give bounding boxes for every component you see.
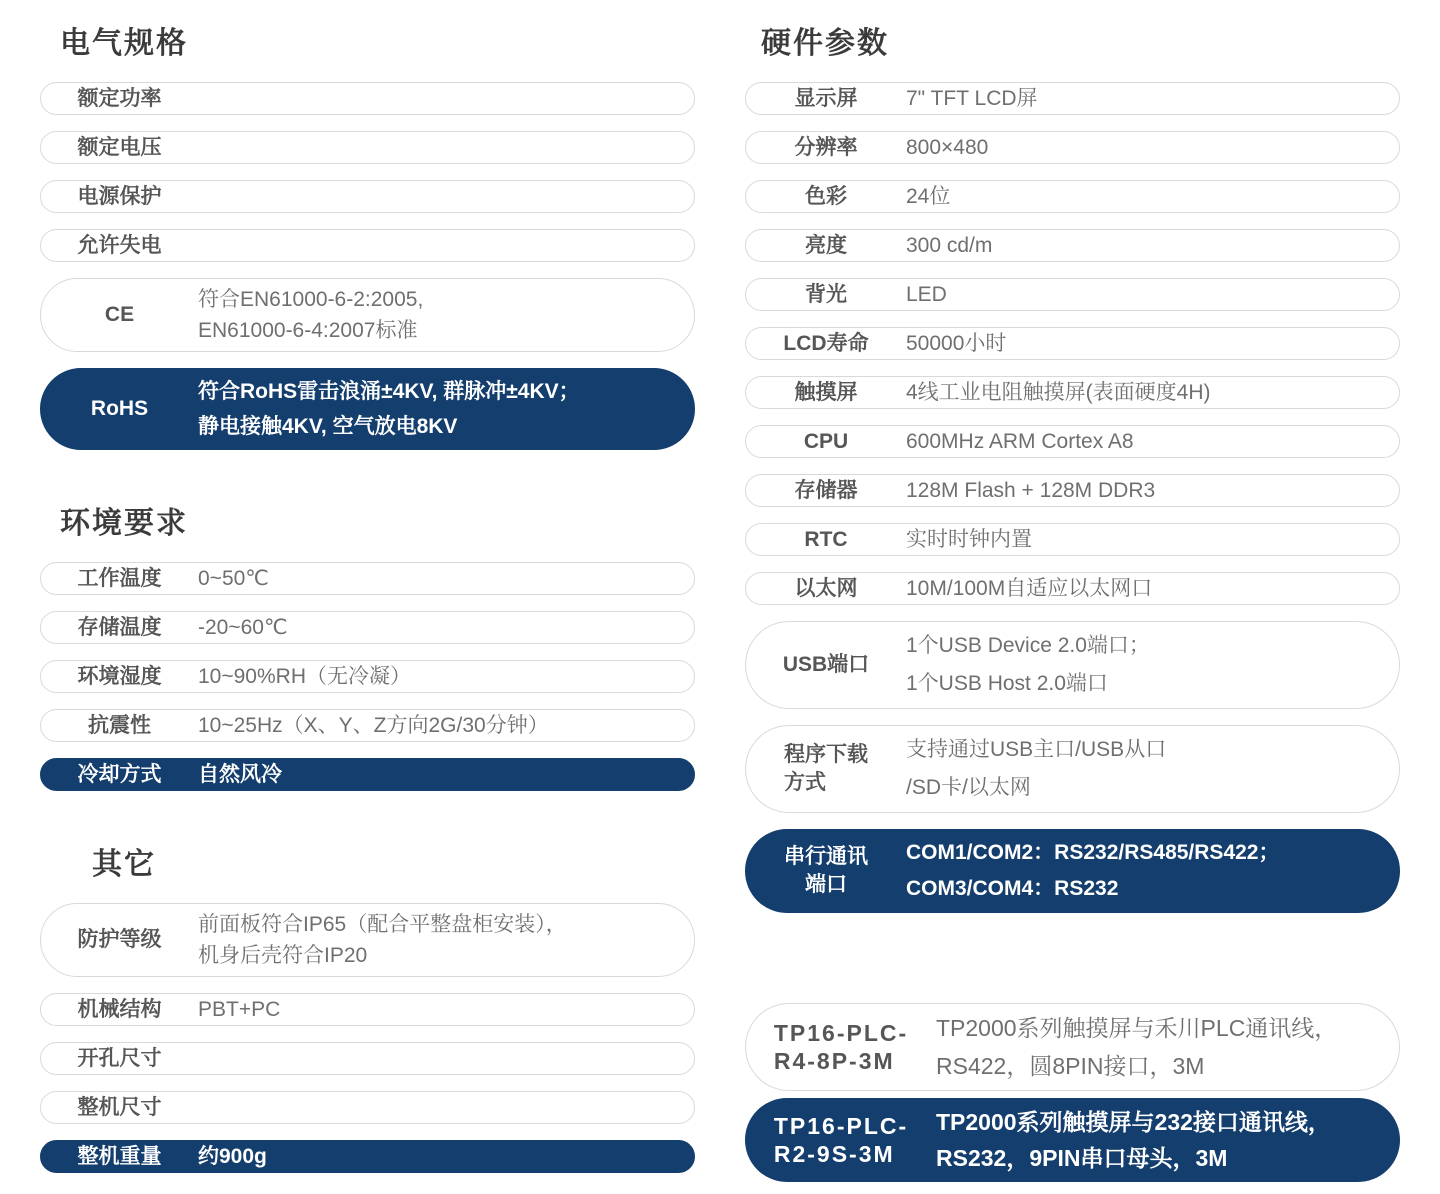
spec-row-label: TP16-PLC-R4-8P-3M — [746, 1019, 936, 1075]
spec-row-label: 工作温度 — [41, 565, 198, 592]
spec-row-value: 10M/100M自适应以太网口 — [906, 574, 1399, 603]
spec-row: 亮度300 cd/m — [745, 229, 1400, 262]
spec-row-label: USB端口 — [746, 651, 906, 679]
spec-row: 额定电压 — [40, 131, 695, 164]
spec-row-label: 显示屏 — [746, 85, 906, 112]
column-right: 硬件参数显示屏7" TFT LCD屏分辨率800×480色彩24位亮度300 c… — [745, 26, 1400, 1194]
spec-row: 开孔尺寸 — [40, 1042, 695, 1075]
spec-row-value: 10~25Hz（X、Y、Z方向2G/30分钟） — [198, 711, 694, 740]
section-electrical: 电气规格额定功率额定电压电源保护允许失电CE符合EN61000-6-2:2005… — [40, 26, 695, 450]
spec-row-value: 1个USB Device 2.0端口；1个USB Host 2.0端口 — [906, 627, 1399, 703]
spec-row: TP16-PLC-R2-9S-3MTP2000系列触摸屏与232接口通讯线，RS… — [745, 1098, 1400, 1182]
spec-row-value: -20~60℃ — [198, 613, 694, 642]
spec-row: USB端口1个USB Device 2.0端口；1个USB Host 2.0端口 — [745, 621, 1400, 709]
section-environment: 环境要求工作温度0~50℃存储温度-20~60℃环境湿度10~90%RH（无冷凝… — [40, 506, 695, 791]
spec-row-value: 支持通过USB主口/USB从口/SD卡/以太网 — [906, 731, 1399, 807]
spec-row-value: 前面板符合IP65（配合平整盘柜安装），机身后壳符合IP20 — [198, 909, 694, 971]
spec-row-value: 符合EN61000-6-2:2005,EN61000-6-4:2007标准 — [198, 284, 694, 346]
spec-row-value: 符合RoHS雷击浪涌±4KV, 群脉冲±4KV；静电接触4KV, 空气放电8KV — [198, 374, 694, 444]
section-title-other: 其它 — [92, 847, 695, 883]
spec-row-label: RTC — [746, 526, 906, 553]
spec-row-value: 7" TFT LCD屏 — [906, 84, 1399, 113]
spec-row-label: 色彩 — [746, 183, 906, 210]
spec-row-label: 整机尺寸 — [41, 1094, 198, 1121]
spec-row: 存储温度-20~60℃ — [40, 611, 695, 644]
spec-row: 显示屏7" TFT LCD屏 — [745, 82, 1400, 115]
spec-row: 背光LED — [745, 278, 1400, 311]
section-title-electrical: 电气规格 — [60, 26, 695, 62]
spec-row-label: 背光 — [746, 281, 906, 308]
spec-row: 以太网10M/100M自适应以太网口 — [745, 572, 1400, 605]
spec-row-value: 约900g — [198, 1142, 694, 1171]
spec-row: RTC实时时钟内置 — [745, 523, 1400, 556]
spec-row: LCD寿命50000小时 — [745, 327, 1400, 360]
spec-row-label: 防护等级 — [41, 926, 198, 954]
spec-row-value: 实时时钟内置 — [906, 525, 1399, 554]
section-title-hardware: 硬件参数 — [761, 26, 1400, 62]
spec-row-value: 128M Flash + 128M DDR3 — [906, 476, 1399, 505]
spec-row-label: 电源保护 — [41, 183, 198, 210]
spec-row-label: 机械结构 — [41, 996, 198, 1023]
spec-row: 冷却方式自然风冷 — [40, 758, 695, 791]
spec-row-label: 允许失电 — [41, 232, 198, 259]
spec-row: 串行通讯端口COM1/COM2：RS232/RS485/RS422；COM3/C… — [745, 829, 1400, 913]
spec-row: 整机尺寸 — [40, 1091, 695, 1124]
spec-row-label: 额定电压 — [41, 134, 198, 161]
spec-row: 环境湿度10~90%RH（无冷凝） — [40, 660, 695, 693]
spec-sheet: 电气规格额定功率额定电压电源保护允许失电CE符合EN61000-6-2:2005… — [0, 0, 1440, 1194]
spec-row: CE符合EN61000-6-2:2005,EN61000-6-4:2007标准 — [40, 278, 695, 352]
spec-row-label: 串行通讯端口 — [746, 843, 906, 899]
spec-row-label: 分辨率 — [746, 134, 906, 161]
spec-row-label: LCD寿命 — [746, 330, 906, 357]
spec-row-label: 环境湿度 — [41, 663, 198, 690]
spec-row: 电源保护 — [40, 180, 695, 213]
spec-row-label: 程序下载方式 — [746, 741, 906, 797]
spec-row-value: 自然风冷 — [198, 760, 694, 789]
spec-row: RoHS符合RoHS雷击浪涌±4KV, 群脉冲±4KV；静电接触4KV, 空气放… — [40, 368, 695, 450]
spec-row: 防护等级前面板符合IP65（配合平整盘柜安装），机身后壳符合IP20 — [40, 903, 695, 977]
spec-row-value: 0~50℃ — [198, 564, 694, 593]
spec-row: 分辨率800×480 — [745, 131, 1400, 164]
spec-row-label: CE — [41, 301, 198, 329]
section-hardware: 硬件参数显示屏7" TFT LCD屏分辨率800×480色彩24位亮度300 c… — [745, 26, 1400, 913]
spec-row: CPU600MHz ARM Cortex A8 — [745, 425, 1400, 458]
spec-row-value: TP2000系列触摸屏与232接口通讯线，RS232，9PIN串口母头，3M — [936, 1104, 1399, 1176]
spec-row: 存储器128M Flash + 128M DDR3 — [745, 474, 1400, 507]
spec-row-value: 600MHz ARM Cortex A8 — [906, 427, 1399, 456]
spec-row-value: COM1/COM2：RS232/RS485/RS422；COM3/COM4：RS… — [906, 835, 1399, 907]
spec-row-value: LED — [906, 280, 1399, 309]
spec-row: 触摸屏4线工业电阻触摸屏(表面硬度4H) — [745, 376, 1400, 409]
spec-row-value: 50000小时 — [906, 329, 1399, 358]
section-cables: TP16-PLC-R4-8P-3MTP2000系列触摸屏与禾川PLC通讯线，RS… — [745, 1003, 1400, 1182]
spec-row-value: 10~90%RH（无冷凝） — [198, 662, 694, 691]
spec-row-label: RoHS — [41, 395, 198, 423]
spec-row-value: 4线工业电阻触摸屏(表面硬度4H) — [906, 378, 1399, 407]
spec-row-label: 触摸屏 — [746, 379, 906, 406]
spec-row-label: 冷却方式 — [41, 761, 198, 788]
spec-row-value: 24位 — [906, 182, 1399, 211]
spec-row-value: PBT+PC — [198, 995, 694, 1024]
spec-row: 程序下载方式支持通过USB主口/USB从口/SD卡/以太网 — [745, 725, 1400, 813]
section-title-environment: 环境要求 — [60, 506, 695, 542]
spec-row: 机械结构PBT+PC — [40, 993, 695, 1026]
column-left: 电气规格额定功率额定电压电源保护允许失电CE符合EN61000-6-2:2005… — [40, 26, 695, 1194]
spec-row-value: TP2000系列触摸屏与禾川PLC通讯线，RS422，圆8PIN接口，3M — [936, 1009, 1399, 1085]
spec-row-label: 抗震性 — [41, 712, 198, 739]
spec-row: 允许失电 — [40, 229, 695, 262]
spec-row-label: 额定功率 — [41, 85, 198, 112]
spec-row-label: CPU — [746, 428, 906, 455]
spec-row-value: 800×480 — [906, 133, 1399, 162]
spec-row: 抗震性10~25Hz（X、Y、Z方向2G/30分钟） — [40, 709, 695, 742]
spec-row: 整机重量约900g — [40, 1140, 695, 1173]
spec-row: 工作温度0~50℃ — [40, 562, 695, 595]
section-other: 其它防护等级前面板符合IP65（配合平整盘柜安装），机身后壳符合IP20机械结构… — [40, 847, 695, 1173]
spec-row-label: 以太网 — [746, 575, 906, 602]
spec-row-label: 亮度 — [746, 232, 906, 259]
spec-row: 色彩24位 — [745, 180, 1400, 213]
spec-row: TP16-PLC-R4-8P-3MTP2000系列触摸屏与禾川PLC通讯线，RS… — [745, 1003, 1400, 1091]
spec-row: 额定功率 — [40, 82, 695, 115]
spec-row-value: 300 cd/m — [906, 231, 1399, 260]
spec-row-label: 整机重量 — [41, 1143, 198, 1170]
spec-row-label: TP16-PLC-R2-9S-3M — [746, 1112, 936, 1168]
spec-row-label: 存储温度 — [41, 614, 198, 641]
spec-row-label: 存储器 — [746, 477, 906, 504]
spec-row-label: 开孔尺寸 — [41, 1045, 198, 1072]
